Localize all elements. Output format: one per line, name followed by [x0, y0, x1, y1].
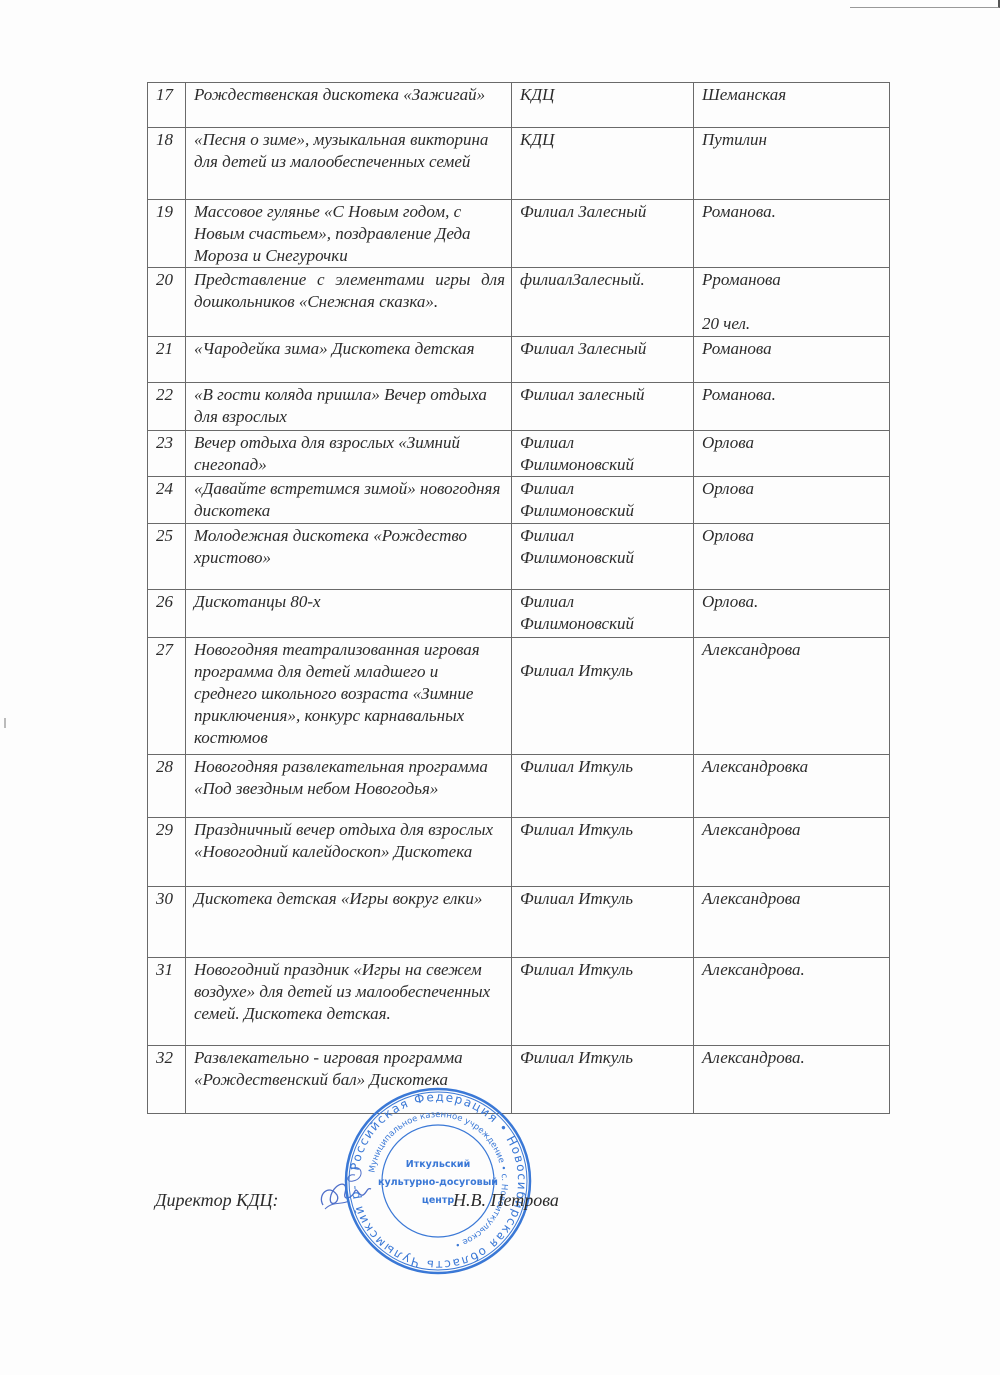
row-number: 21 — [148, 337, 186, 383]
event-place: Филиал Залесный — [512, 337, 694, 383]
table-row: 26Дискотанцы 80-хФилиал ФилимоновскийОрл… — [148, 590, 890, 638]
responsible-name: Путилин — [702, 130, 767, 149]
row-number: 28 — [148, 755, 186, 818]
director-label: Директор КДЦ: — [155, 1190, 279, 1211]
row-number: 27 — [148, 638, 186, 755]
events-table: 17Рождественская дискотека «Зажигай»КДЦШ… — [147, 82, 890, 1114]
table-row: 22«В гости коляда пришла» Вечер отдыха д… — [148, 383, 890, 431]
event-responsible: Шеманская — [694, 83, 890, 128]
event-responsible: Александрова. — [694, 958, 890, 1046]
event-responsible: Путилин — [694, 128, 890, 200]
event-responsible: Орлова. — [694, 590, 890, 638]
table-row: 18«Песня о зиме», музыкальная викторина … — [148, 128, 890, 200]
event-place: Филиал Иткуль — [512, 1046, 694, 1114]
row-number: 30 — [148, 887, 186, 958]
row-number: 29 — [148, 818, 186, 887]
responsible-name: Александрова — [702, 889, 800, 908]
event-responsible: Александрова — [694, 887, 890, 958]
row-number: 22 — [148, 383, 186, 431]
event-title: Дискотека детская «Игры вокруг елки» — [186, 887, 512, 958]
row-number: 23 — [148, 431, 186, 477]
svg-text:центр: центр — [422, 1195, 455, 1206]
event-title: Праздничный вечер отдыха для взрослых «Н… — [186, 818, 512, 887]
event-responsible: Орлова — [694, 524, 890, 590]
table-row: 30Дискотека детская «Игры вокруг елки»Фи… — [148, 887, 890, 958]
event-responsible: Орлова — [694, 431, 890, 477]
event-place: Филиал Иткуль — [512, 958, 694, 1046]
row-number: 18 — [148, 128, 186, 200]
responsible-name: Александрова. — [702, 960, 805, 979]
responsible-name: Орлова. — [702, 592, 758, 611]
event-place: филиалЗалесный. — [512, 268, 694, 337]
event-place: Филиал Залесный — [512, 200, 694, 268]
responsible-name: Александрова. — [702, 1048, 805, 1067]
event-responsible: Романова. — [694, 200, 890, 268]
table-row: 21«Чародейка зима» Дискотека детскаяФили… — [148, 337, 890, 383]
svg-text:Иткульский: Иткульский — [406, 1159, 470, 1170]
official-stamp: Российская Федерация • Новосибирская обл… — [342, 1085, 534, 1282]
responsible-name: Романова. — [702, 202, 776, 221]
row-number: 20 — [148, 268, 186, 337]
event-title: Рождественская дискотека «Зажигай» — [186, 83, 512, 128]
participant-count: 20 чел. — [702, 313, 883, 335]
event-place: Филиал залесный — [512, 383, 694, 431]
table-row: 27Новогодняя театрализованная игровая пр… — [148, 638, 890, 755]
event-place: Филиал Филимоновский — [512, 431, 694, 477]
responsible-name: Романова — [702, 339, 772, 358]
event-place: Филиал Филимоновский — [512, 590, 694, 638]
event-place: Филиал Иткуль — [512, 638, 694, 755]
row-number: 32 — [148, 1046, 186, 1114]
event-responsible: Романова. — [694, 383, 890, 431]
event-responsible: Александровка — [694, 755, 890, 818]
event-title: «Чародейка зима» Дискотека детская — [186, 337, 512, 383]
table-row: 24«Давайте встретимся зимой» новогодняя … — [148, 477, 890, 524]
event-place: КДЦ — [512, 128, 694, 200]
row-number: 31 — [148, 958, 186, 1046]
event-title: «Давайте встретимся зимой» новогодняя ди… — [186, 477, 512, 524]
director-name: Н.В. Петрова — [453, 1190, 559, 1211]
table-row: 17Рождественская дискотека «Зажигай»КДЦШ… — [148, 83, 890, 128]
table-row: 19Массовое гулянье «С Новым годом, с Нов… — [148, 200, 890, 268]
scan-border — [850, 0, 1000, 8]
responsible-name: Александрова — [702, 640, 800, 659]
responsible-name: Романова. — [702, 385, 776, 404]
event-responsible: Александрова — [694, 818, 890, 887]
row-number: 24 — [148, 477, 186, 524]
event-title: Представление с элементами игры для дошк… — [186, 268, 512, 337]
table-row: 23Вечер отдыха для взрослых «Зимний снег… — [148, 431, 890, 477]
event-responsible: Романова — [694, 337, 890, 383]
event-responsible: Александрова. — [694, 1046, 890, 1114]
event-title: «Песня о зиме», музыкальная викторина дл… — [186, 128, 512, 200]
event-place: Филиал Иткуль — [512, 887, 694, 958]
svg-text:культурно-досуговый: культурно-досуговый — [378, 1177, 498, 1188]
event-title: Дискотанцы 80-х — [186, 590, 512, 638]
event-title: Новогодняя театрализованная игровая прог… — [186, 638, 512, 755]
event-place: Филиал Филимоновский — [512, 477, 694, 524]
table-row: 20Представление с элементами игры для до… — [148, 268, 890, 337]
event-title: Новогодняя развлекательная программа «По… — [186, 755, 512, 818]
row-number: 26 — [148, 590, 186, 638]
event-title: Массовое гулянье «С Новым годом, с Новым… — [186, 200, 512, 268]
event-place: Филиал Иткуль — [512, 818, 694, 887]
responsible-name: Орлова — [702, 526, 754, 545]
responsible-name: Александрова — [702, 820, 800, 839]
event-title: Молодежная дискотека «Рождество христово… — [186, 524, 512, 590]
responsible-name: Шеманская — [702, 85, 786, 104]
event-place: Филиал Филимоновский — [512, 524, 694, 590]
event-responsible: Александрова — [694, 638, 890, 755]
responsible-name: Рроманова — [702, 270, 781, 289]
event-place: Филиал Иткуль — [512, 755, 694, 818]
row-number: 19 — [148, 200, 186, 268]
responsible-name: Александровка — [702, 757, 808, 776]
event-title: Вечер отдыха для взрослых «Зимний снегоп… — [186, 431, 512, 477]
table-row: 29Праздничный вечер отдыха для взрослых … — [148, 818, 890, 887]
event-responsible: Орлова — [694, 477, 890, 524]
event-title: Новогодний праздник «Игры на свежем возд… — [186, 958, 512, 1046]
responsible-name: Орлова — [702, 433, 754, 452]
table-row: 28Новогодняя развлекательная программа «… — [148, 755, 890, 818]
table-row: 25Молодежная дискотека «Рождество христо… — [148, 524, 890, 590]
event-place: КДЦ — [512, 83, 694, 128]
scan-mark — [4, 718, 6, 728]
event-title: «В гости коляда пришла» Вечер отдыха для… — [186, 383, 512, 431]
table-row: 31Новогодний праздник «Игры на свежем во… — [148, 958, 890, 1046]
row-number: 25 — [148, 524, 186, 590]
row-number: 17 — [148, 83, 186, 128]
event-responsible: Рроманова20 чел. — [694, 268, 890, 337]
responsible-name: Орлова — [702, 479, 754, 498]
